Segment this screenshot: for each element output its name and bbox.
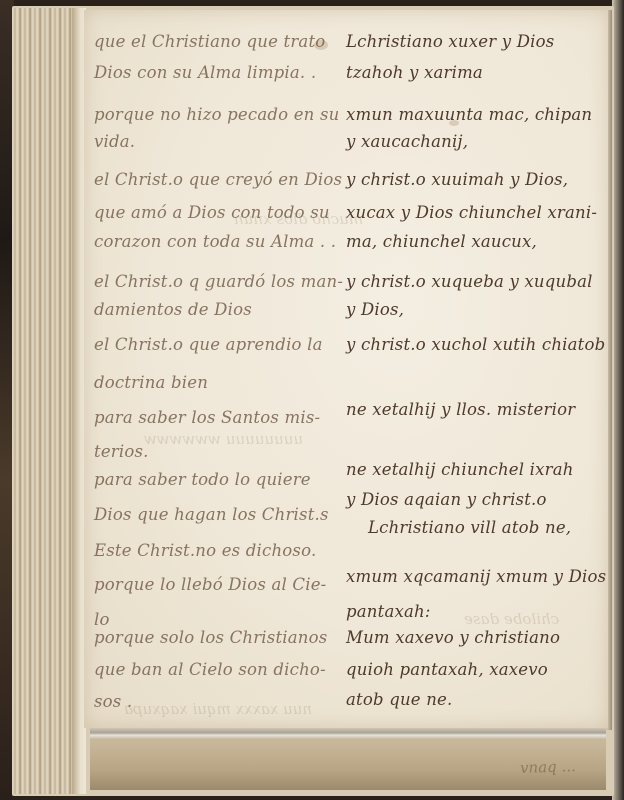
text-line: corazon con toda su Alma . . xyxy=(94,232,336,251)
text-line: damientos de Dios xyxy=(94,300,252,319)
text-line: Dios con su Alma limpia. . xyxy=(94,63,316,82)
text-line: para saber todo lo quiere xyxy=(94,470,311,489)
text-line: xmum xqcamanij xmum y Dios xyxy=(346,567,606,586)
text-line: pantaxah: xyxy=(346,602,431,621)
text-line: que ban al Cielo son dicho- xyxy=(94,660,326,679)
text-line: quioh pantaxah, xaxevo xyxy=(346,660,548,679)
text-line: que amó a Dios con todo su xyxy=(94,203,330,222)
text-line: tzahoh y xarima xyxy=(346,63,483,82)
text-line: y christ.o xuqueba y xuqubal xyxy=(346,272,593,291)
text-line: para saber los Santos mis- xyxy=(94,408,320,427)
text-line: Lchristiano vill atob ne, xyxy=(368,518,571,537)
text-line: Lchristiano xuxer y Dios xyxy=(346,32,554,51)
text-line: el Christ.o que creyó en Dios xyxy=(94,170,342,189)
text-line: ne xetalhij chiunchel ixrah xyxy=(346,460,574,479)
text-line: porque lo llebó Dios al Cie- xyxy=(94,575,326,594)
text-line: doctrina bien xyxy=(94,373,208,392)
page-bottom-edge xyxy=(90,728,606,740)
text-line: xucax y Dios chiunchel xrani- xyxy=(346,203,597,222)
text-line: lo xyxy=(94,610,110,629)
text-line: atob que ne. xyxy=(346,690,452,709)
text-line: y christ.o xuchol xutih chiatob xyxy=(346,335,605,354)
text-line: y xaucachanij, xyxy=(346,132,468,151)
text-line: Dios que hagan los Christ.s xyxy=(94,505,329,524)
text-line: el Christ.o q guardó los man- xyxy=(94,272,343,291)
text-line: porque no hizo pecado en su xyxy=(94,105,339,124)
text-line: y Dios aqaian y christ.o xyxy=(346,490,547,509)
text-line: vida. xyxy=(94,132,135,151)
text-line: ne xetalhij y llos. misterior xyxy=(346,400,575,419)
faint-note: vnaq ... xyxy=(520,757,576,777)
text-line: Mum xaxevo y christiano xyxy=(346,628,560,647)
text-line: el Christ.o que aprendio la xyxy=(94,335,323,354)
lower-page-strip: vnaq ... xyxy=(90,740,606,790)
text-line: xmun maxuunta mac, chipan xyxy=(346,105,592,124)
text-line: terios. xyxy=(94,442,149,461)
bleed-through-text: uuuuuuuu wwwwww xyxy=(144,430,303,448)
text-line: y Dios, xyxy=(346,300,404,319)
text-line: ma, chiunchel xaucux, xyxy=(346,232,537,251)
text-line: porque solo los Christianos xyxy=(94,628,327,647)
bleed-through-text: chilobe dase xyxy=(464,610,559,628)
text-line: Este Christ.no es dichoso. xyxy=(94,541,316,560)
text-line: y christ.o xuuimah y Dios, xyxy=(346,170,568,189)
bleed-through-text: nuu xaxxx mqui xaqxupa xyxy=(124,700,312,718)
text-line: sos . xyxy=(94,692,132,711)
text-line: que el Christiano que trato xyxy=(94,32,325,51)
manuscript-page: mucho dios xnun uuuuuuuu wwwwww chilobe … xyxy=(84,10,608,728)
